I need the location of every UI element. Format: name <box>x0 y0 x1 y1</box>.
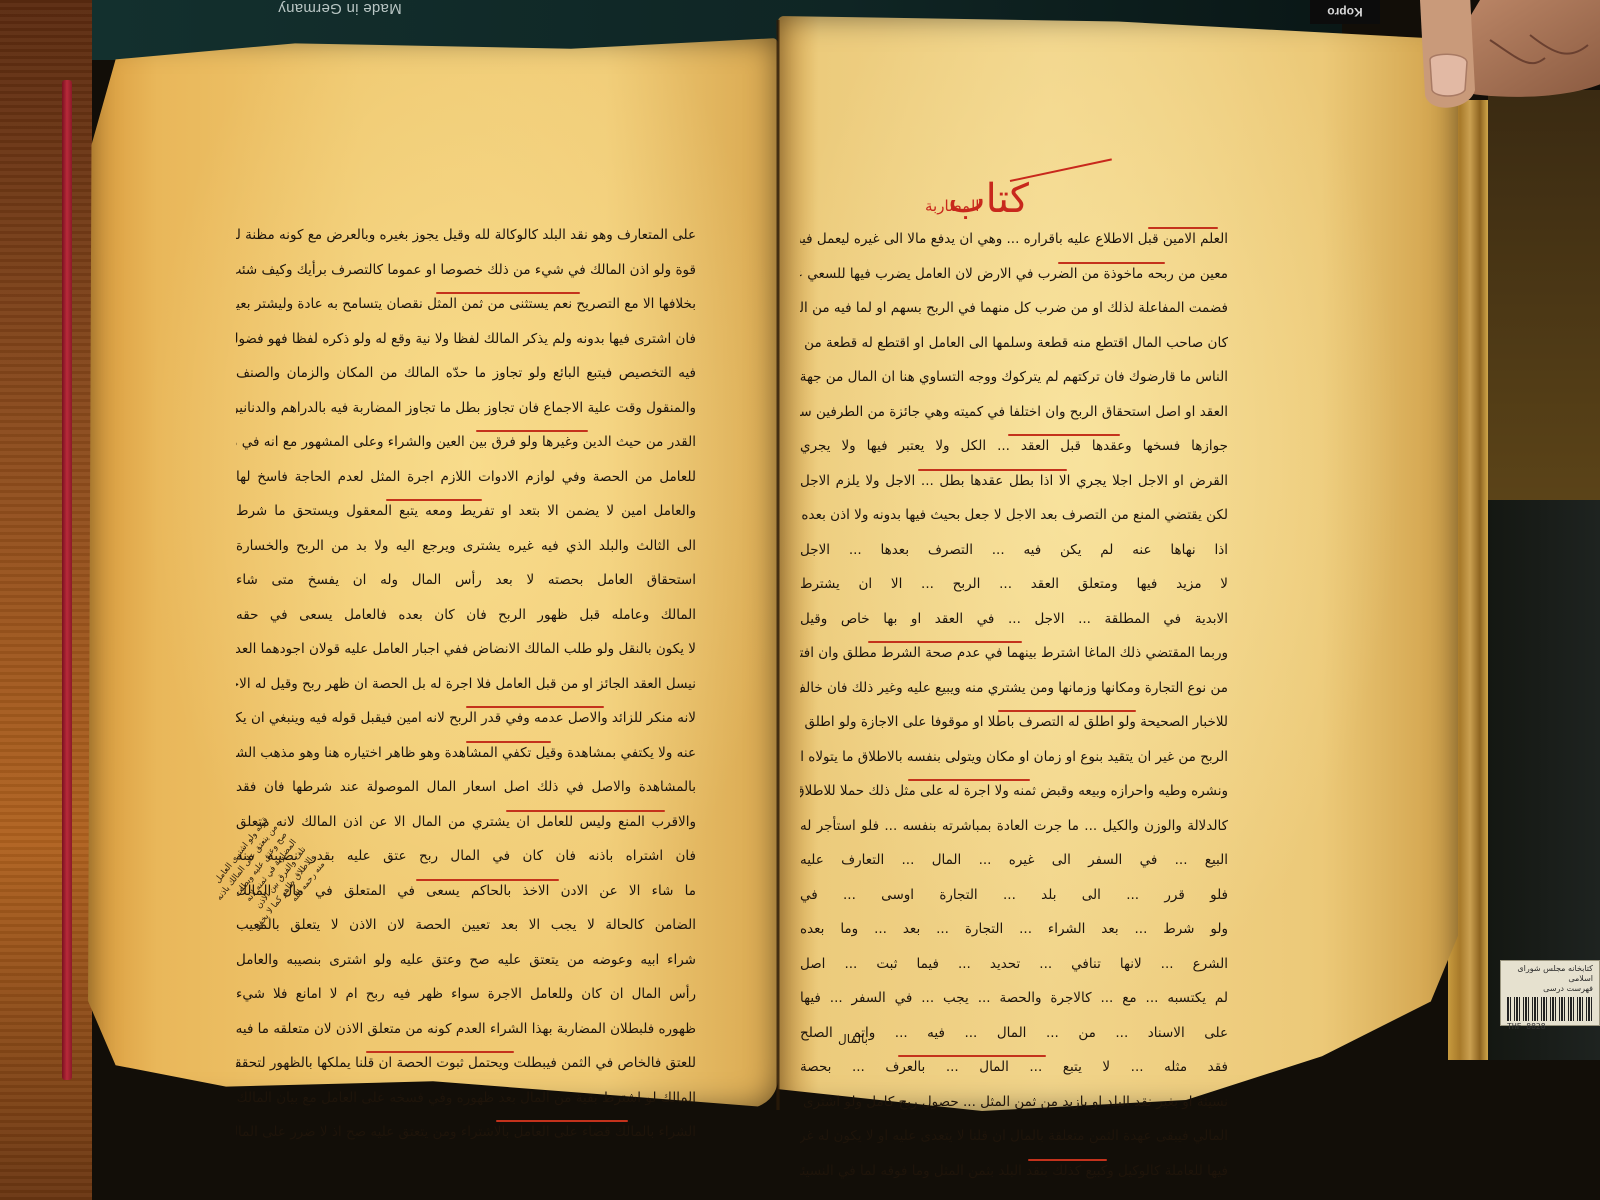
manuscript-line: الضامن كالحالة لا يجب الا بعد تعيين الحص… <box>236 908 696 943</box>
manuscript-line: والاقرب المنع وليس للعامل ان يشتري من ال… <box>236 805 696 840</box>
library-label-id: THF 8828 <box>1507 1022 1593 1031</box>
manuscript-line: الربح من غير ان يتقيد بنوع او زمان او مك… <box>800 740 1228 775</box>
chapter-heading-suffix: المضاربة <box>925 197 979 215</box>
manuscript-line: الشراء بالمالك قضاء على العامل بالاشتراء… <box>236 1115 696 1150</box>
manuscript-line: اذا نهاها عنه لم يكن فيه ... التصرف بعده… <box>800 533 1228 568</box>
manuscript-line: العقد او اصل استحقاق الربح وان اختلفا في… <box>800 395 1228 430</box>
rubric-overline <box>466 706 604 708</box>
rubric-overline <box>998 710 1136 712</box>
manuscript-line: المالك وعامله قبل ظهور الربح فان كان بعد… <box>236 598 696 633</box>
manuscript-line: ولو شرط ... بعد الشراء ... التجارة ... ب… <box>800 912 1228 947</box>
manuscript-line: الى الثالث والبلد الذي فيه غيره يشترى وي… <box>236 529 696 564</box>
manuscript-line: كان صاحب المال اقتطع منه قطعة وسلمها الى… <box>800 326 1228 361</box>
made-in-germany-label: Made in Germany <box>278 0 402 17</box>
rubric-overline <box>918 469 1067 471</box>
manuscript-line: رأس المال ان كان وللعامل الاجرة سواء ظهر… <box>236 977 696 1012</box>
red-cover-edge <box>62 80 72 1080</box>
manuscript-line: قوة ولو اذن المالك في شيء من ذلك خصوصا ا… <box>236 253 696 288</box>
manuscript-line: بخلافها الا مع التصريح نعم يستثنى من ثمن… <box>236 287 696 322</box>
manuscript-line: الابدية في المطلقة ... الاجل ... في العق… <box>800 602 1228 637</box>
manuscript-line: معين من ربحه ماخوذة من الضرب في الارض لا… <box>800 257 1228 292</box>
manuscript-line: للعامل من الحصة وفي لوازم الادوات اللازم… <box>236 460 696 495</box>
left-page-text: على المتعارف وهو نقد البلد كالوكالة لله … <box>236 218 696 1150</box>
photo-scene: Made in Germany Kopro کتابخانه مجلس شورا… <box>0 0 1600 1200</box>
library-label-line-2: فهرست درسی <box>1507 984 1593 994</box>
manuscript-line: ونشره وطيه واحرازه وبيعه وقبض ثمنه ولا ا… <box>800 774 1228 809</box>
rubric-overline <box>868 641 1022 643</box>
rubric-overline <box>476 430 588 432</box>
manuscript-line: فيه التخصيص فيتبع البائع ولو تجاوز ما حد… <box>236 356 696 391</box>
manuscript-line: لا يكون بالنقل ولو طلب المالك الانضاض فف… <box>236 632 696 667</box>
rubric-overline <box>898 1055 1046 1057</box>
manuscript-line: على المتعارف وهو نقد البلد كالوكالة لله … <box>236 218 696 253</box>
manuscript-line: للاخبار الصحيحة ولو اطلق له التصرف باطلا… <box>800 705 1228 740</box>
manuscript-line: عنه ولا يكتفي بمشاهدة وقيل تكفي المشاهدة… <box>236 736 696 771</box>
manuscript-line: القرض او الاجل اجلا يجري الا اذا بطل عقد… <box>800 464 1228 499</box>
library-label-line-1: کتابخانه مجلس شورای اسلامی <box>1507 964 1593 984</box>
rubric-overline <box>1148 227 1218 229</box>
rubric-overline <box>908 779 1030 781</box>
manuscript-line: استحقاق العامل بحصته لا بعد رأس المال ول… <box>236 563 696 598</box>
manuscript-line: لم يكتسبه ... مع ... كالاجرة والحصة ... … <box>800 981 1228 1016</box>
manuscript-line: من نوع التجارة ومكانها وزمانها ومن يشتري… <box>800 671 1228 706</box>
rubric-overline <box>386 499 482 501</box>
rubric-overline <box>1028 1159 1107 1161</box>
manuscript-line: العلم الامين قبل الاطلاع عليه باقراره ..… <box>800 222 1228 257</box>
manuscript-line: لانه منكر للزائد والاصل عدمه وفي قدر الر… <box>236 701 696 736</box>
rubric-overline <box>366 1051 514 1053</box>
manuscript-line: لا مزيد فيها ومتعلق العقد ... الربح ... … <box>800 567 1228 602</box>
manuscript-line: القدر من حيث الدين وغيرها ولو فرق بين ال… <box>236 425 696 460</box>
manuscript-line: فقد مثله ... لا يتبع ... المال ... بالعر… <box>800 1050 1228 1085</box>
manuscript-line: البيع ... في السفر الى غيره ... المال ..… <box>800 843 1228 878</box>
manuscript-line: جوازها فسخها وعقدها قبل العقد ... الكل و… <box>800 429 1228 464</box>
manuscript-line: المالك لو اشترط بقية من المال بعد ظهوره … <box>236 1081 696 1116</box>
manuscript-line: كالدلالة والوزن والكيل ... ما جرت العادة… <box>800 809 1228 844</box>
manuscript-line: وربما المقتضي ذلك الماغا اشترط بينهما في… <box>800 636 1228 671</box>
rubric-overline <box>436 292 580 294</box>
rubric-overline <box>1008 434 1120 436</box>
rubric-overline <box>1058 262 1165 264</box>
manuscript-line: الناس ما قارضوك فان تركتهم لم يتركوك ووج… <box>800 360 1228 395</box>
library-barcode-label: کتابخانه مجلس شورای اسلامی فهرست درسی TH… <box>1500 960 1600 1026</box>
background-shelf <box>1488 90 1600 510</box>
manuscript-line: شراء ابيه وعوضه من يتعتق عليه صح وعتق عل… <box>236 943 696 978</box>
manuscript-line: والمنقول وقت علية الاجماع فان تجاوز بطل … <box>236 391 696 426</box>
manuscript-line: لكن يقتضي المنع من التصرف بعد الاجل لا ج… <box>800 498 1228 533</box>
manuscript-line: المالي فيبقى عهدة الثمن متعلقة بالمال ان… <box>800 1119 1228 1154</box>
manuscript-line: والعامل امين لا يضمن الا بتعد او تفريط و… <box>236 494 696 529</box>
manuscript-line: فضمت المفاعلة لذلك او من ضرب كل منهما في… <box>800 291 1228 326</box>
catchword: بالمال <box>838 1032 868 1046</box>
manuscript-line: فلو قرر ... الى بلد ... التجارة اوسى ...… <box>800 878 1228 913</box>
manuscript-line: للعتق فالخاص في الثمن فيبطلت ويحتمل ثبوت… <box>236 1046 696 1081</box>
manuscript-line: نيسل العقد الجائز او من قبل العامل فلا ا… <box>236 667 696 702</box>
manuscript-line: ظهوره فلبطلان المضاربة بهذا الشراء العدم… <box>236 1012 696 1047</box>
manuscript-line: نسيئة او بغير نقد البلد او بازيد من ثمن … <box>800 1085 1228 1120</box>
hand-holding-page-icon <box>1330 0 1600 110</box>
manuscript-line: فان اشترى فيها بدونه ولم يذكر المالك لفظ… <box>236 322 696 357</box>
rubric-overline <box>496 1120 628 1122</box>
rubric-overline <box>416 879 559 881</box>
rubric-overline <box>466 741 551 743</box>
rubric-overline <box>506 810 665 812</box>
book-gutter <box>776 20 780 1110</box>
manuscript-line: الشرع ... لانها تنافي ... تحديد ... فيما… <box>800 947 1228 982</box>
barcode-icon <box>1507 997 1593 1021</box>
manuscript-line: بالمشاهدة والاصل في ذلك اصل اسعار المال … <box>236 770 696 805</box>
manuscript-line: فيها للعاملة كالوكيل وكبيع كذلك بنقد الب… <box>800 1154 1228 1189</box>
